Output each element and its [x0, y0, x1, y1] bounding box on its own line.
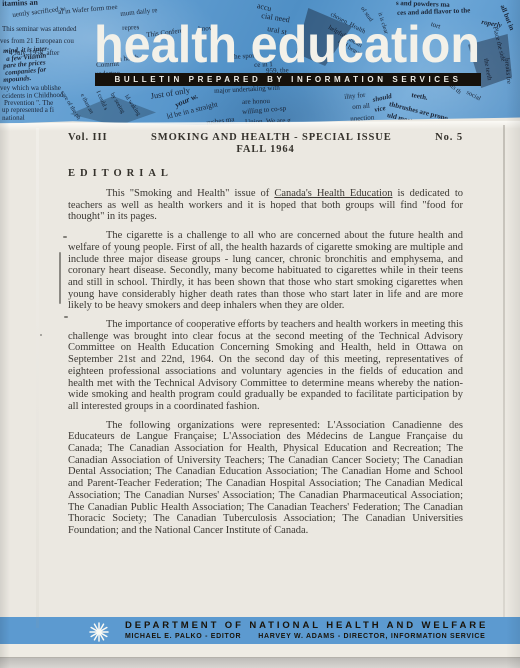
editor-credit: MICHAEL E. PALKO - EDITOR: [125, 633, 241, 640]
issue-title: SMOKING AND HEALTH - SPECIAL ISSUE: [108, 132, 436, 143]
editorial-text: This "Smoking and Health" issue of Canad…: [68, 188, 463, 537]
asterisk-star-icon: [87, 620, 111, 644]
credits-line: MICHAEL E. PALKO - EDITOR HARVEY W. ADAM…: [125, 633, 501, 640]
editorial-heading: EDITORIAL: [68, 168, 463, 179]
issue-number: No. 5: [435, 132, 463, 143]
department-title: DEPARTMENT OF NATIONAL HEALTH AND WELFAR…: [125, 620, 501, 631]
underlined-publication-name: Canada's Health Education: [274, 188, 392, 199]
bulletin-page: itamins anuently sacrificed wal in Wafer…: [0, 0, 520, 668]
footer-text: DEPARTMENT OF NATIONAL HEALTH AND WELFAR…: [125, 620, 501, 640]
director-credit: HARVEY W. ADAMS - DIRECTOR, INFORMATION …: [258, 633, 485, 640]
issue-line: Vol. III SMOKING AND HEALTH - SPECIAL IS…: [68, 132, 463, 143]
document-body: Vol. III SMOKING AND HEALTH - SPECIAL IS…: [0, 0, 520, 537]
paragraph-1: This "Smoking and Health" issue of Canad…: [68, 188, 463, 223]
paragraph-2: The cigarette is a challenge to all who …: [68, 230, 463, 312]
volume-label: Vol. III: [68, 132, 108, 143]
paragraph-4: The following organizations were represe…: [68, 420, 463, 537]
right-edge-crease: [503, 125, 505, 617]
scan-background: [0, 658, 520, 668]
page-bottom-edge: [0, 644, 520, 658]
left-fold-line: [36, 128, 39, 628]
paragraph-3: The importance of cooperative efforts by…: [68, 319, 463, 413]
paragraph-1-lead: This "Smoking and Health" issue of: [106, 188, 274, 199]
issue-season: FALL 1964: [68, 144, 463, 155]
